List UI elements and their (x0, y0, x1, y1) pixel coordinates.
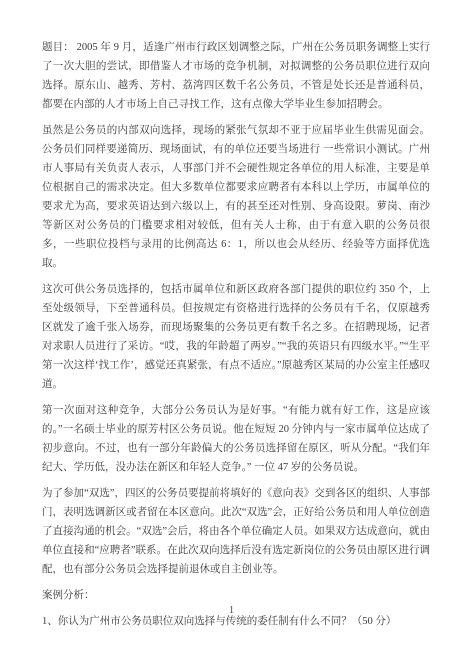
paragraph-procedure: 为了参加“双选”，四区的公务员要提前将填好的《意向表》交到各区的组织、人事部门，… (42, 484, 430, 579)
document-page: 题目： 2005 年 9 月，适逢广州市行政区划调整之际，广州在公务员职务调整上… (0, 0, 463, 655)
paragraph-topic: 题目： 2005 年 9 月，适逢广州市行政区划调整之际，广州在公务员职务调整上… (42, 38, 430, 114)
paragraph-positions: 这次可供公务员选择的，包括市属单位和新区政府各部门提供的职位约 350 个，上至… (42, 280, 430, 394)
section-heading: 案例分析： (42, 586, 430, 605)
paragraph-scene: 虽然是公务员的内部双向选择，现场的紧张气氛却不亚于应届毕业生供需见面会。公务员们… (42, 121, 430, 273)
paragraph-reactions: 第一次面对这种竞争，大部分公务员认为是好事。“有能力就有好工作，这是应该的。”一… (42, 401, 430, 477)
document-body: 题目： 2005 年 9 月，适逢广州市行政区划调整之际，广州在公务员职务调整上… (42, 38, 430, 638)
page-number: 1 (0, 604, 463, 618)
